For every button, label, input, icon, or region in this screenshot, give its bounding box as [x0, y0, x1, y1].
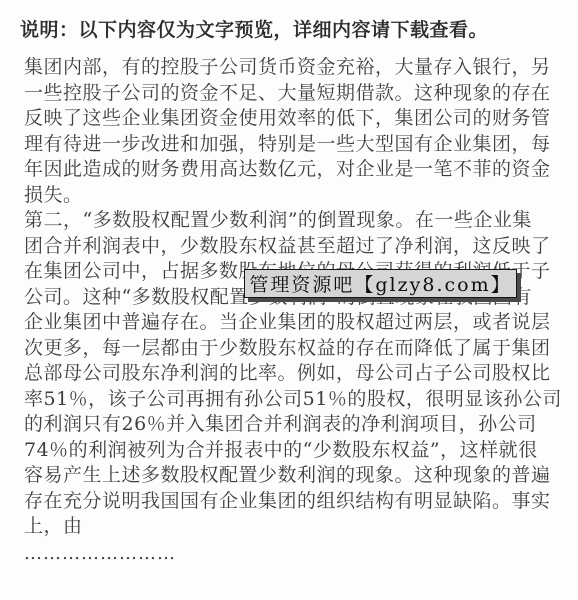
text-line: 存在充分说明我国国有企业集团的组织结构有明显缺陷。事实	[24, 489, 558, 515]
text-line: 理有待进一步改进和加强，特别是一些大型国有企业集团，每	[24, 132, 558, 158]
text-line: 的利润只有26％并入集团合并利润表的净利润项目，孙公司	[24, 412, 558, 438]
watermark-badge: 管理资源吧【glzy8.com】	[244, 269, 517, 298]
text-line: 总部母公司股东净利润的比率。例如，母公司占子公司股权比	[24, 361, 558, 387]
preview-notice: 说明：以下内容仅为文字预览，详细内容请下载查看。	[20, 15, 488, 42]
text-line: 年因此造成的财务费用高达数亿元，对企业是一笔不菲的资金	[24, 157, 558, 183]
text-line: 第二，“多数股权配置少数利润”的倒置现象。在一些企业集	[24, 208, 558, 234]
text-line: 损失。	[24, 183, 558, 209]
text-line: 一些控股子公司的资金不足、大量短期借款。这种现象的存在	[24, 81, 558, 107]
document-body: 集团内部，有的控股子公司货币资金充裕，大量存入银行，另一些控股子公司的资金不足、…	[24, 55, 558, 566]
truncation-ellipsis: ……………………	[24, 541, 558, 567]
text-line: 反映了这些企业集团资金使用效率的低下，集团公司的财务管	[24, 106, 558, 132]
text-line: 率51％，该子公司再拥有孙公司51％的股权，很明显该孙公司	[24, 387, 558, 413]
document-preview-page: { "header": { "text": "说明：以下内容仅为文字预览，详细内…	[0, 0, 578, 600]
text-line: 企业集团中普遍存在。当企业集团的股权超过两层，或者说层	[24, 310, 558, 336]
text-line: 74％的利润被列为合并报表中的“少数股东权益”，这样就很	[24, 438, 558, 464]
watermark-label: 管理资源吧【glzy8.com】	[249, 270, 511, 297]
text-line: 集团内部，有的控股子公司货币资金充裕，大量存入银行，另	[24, 55, 558, 81]
text-line: 次更多，每一层都由于少数股东权益的存在而降低了属于集团	[24, 336, 558, 362]
text-line: 上，由	[24, 514, 558, 540]
text-line: 团合并利润表中，少数股东权益甚至超过了净利润，这反映了	[24, 234, 558, 260]
text-line: 容易产生上述多数股权配置少数利润的现象。这种现象的普遍	[24, 463, 558, 489]
